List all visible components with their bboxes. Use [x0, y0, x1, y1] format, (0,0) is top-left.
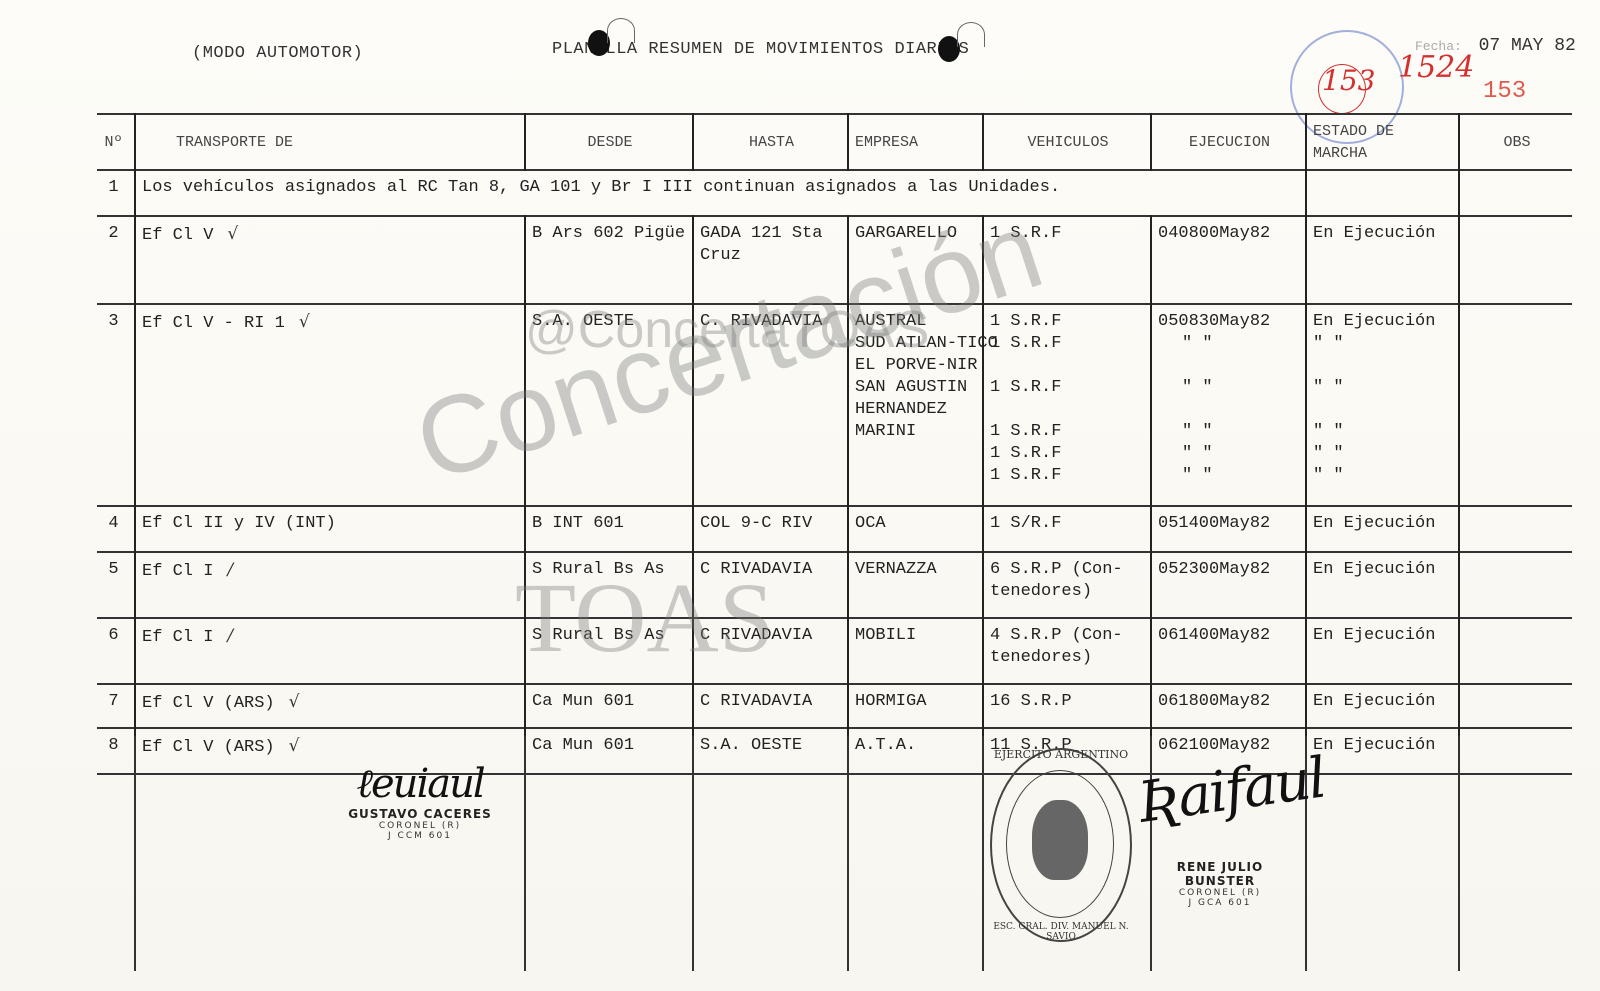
seal-top-text: EJERCITO ARGENTINO — [992, 748, 1130, 761]
handwritten-signature: Ʀaifaul — [1134, 749, 1306, 870]
signatory-rank: CORONEL (R) — [1140, 888, 1300, 898]
table-header-row: Nº TRANSPORTE DE DESDE HASTA EMPRESA VEH… — [97, 114, 1572, 170]
header-desde: DESDE — [525, 114, 693, 170]
table-row: 4 Ef Cl II y IV (INT) B INT 601 COL 9-C … — [97, 506, 1572, 552]
ejecucion-cell: 052300May82 — [1151, 552, 1306, 618]
check-mark-icon: / — [227, 626, 233, 646]
vehiculos-cell: 1 S/R.F — [983, 506, 1151, 552]
ejecucion-cell: 061800May82 — [1151, 684, 1306, 728]
desde-cell: S.A. OESTE — [525, 304, 693, 506]
desde-cell: B Ars 602 Pigüe — [525, 216, 693, 304]
check-mark-icon: √ — [299, 312, 310, 332]
signatory-unit: J GCA 601 — [1140, 898, 1300, 908]
vehiculos-cell: 16 S.R.P — [983, 684, 1151, 728]
obs-cell — [1459, 552, 1572, 618]
estado-cell: En Ejecución — [1306, 216, 1459, 304]
row-num: 6 — [97, 618, 135, 684]
row-num: 4 — [97, 506, 135, 552]
obs-cell — [1459, 684, 1572, 728]
header-transporte: TRANSPORTE DE — [135, 114, 525, 170]
stamped-number: 153 — [1483, 78, 1526, 105]
handwritten-number: 1524 — [1398, 50, 1474, 85]
header-ejecucion: EJECUCION — [1151, 114, 1306, 170]
desde-cell: S Rural Bs As — [525, 552, 693, 618]
obs-cell — [1459, 170, 1572, 216]
header-vehiculos: VEHICULOS — [983, 114, 1151, 170]
hasta-cell: C. RIVADAVIA — [693, 304, 848, 506]
desde-cell: Ca Mun 601 — [525, 728, 693, 774]
signature-block: ℓeuiaul GUSTAVO CACERES CORONEL (R) J CC… — [330, 760, 510, 980]
header-empresa: EMPRESA — [848, 114, 983, 170]
table-row: 8 Ef Cl V (ARS)√ Ca Mun 601 S.A. OESTE A… — [97, 728, 1572, 774]
table-row: 6 Ef Cl I/ S Rural Bs As C RIVADAVIA MOB… — [97, 618, 1572, 684]
vehiculos-cell: 4 S.R.P (Con-tenedores) — [983, 618, 1151, 684]
estado-cell: En Ejecución — [1306, 684, 1459, 728]
transporte-cell: Ef Cl V - RI 1√ — [135, 304, 525, 506]
column-rule — [692, 736, 694, 971]
mode-label: (MODO AUTOMOTOR) — [192, 44, 363, 63]
empresa-cell: MOBILI — [848, 618, 983, 684]
table-row: 7 Ef Cl V (ARS)√ Ca Mun 601 C RIVADAVIA … — [97, 684, 1572, 728]
column-rule — [524, 736, 526, 971]
table-row: 3 Ef Cl V - RI 1√ S.A. OESTE C. RIVADAVI… — [97, 304, 1572, 506]
empresa-cell: HORMIGA — [848, 684, 983, 728]
vehiculos-cell: 1 S.R.F 1 S.R.F 1 S.R.F 1 S.R.F 1 S.R.F … — [983, 304, 1151, 506]
empresa-cell: OCA — [848, 506, 983, 552]
table-row: 5 Ef Cl I/ S Rural Bs As C RIVADAVIA VER… — [97, 552, 1572, 618]
signatory-unit: J CCM 601 — [330, 831, 510, 841]
ejecucion-cell: 061400May82 — [1151, 618, 1306, 684]
vehiculos-cell: 1 S.R.F — [983, 216, 1151, 304]
ejecucion-cell: 050830May82 " " " " " " " " " " — [1151, 304, 1306, 506]
column-rule — [1458, 736, 1460, 971]
handwritten-number: 153 — [1322, 64, 1375, 97]
estado-cell: En Ejecución — [1306, 506, 1459, 552]
obs-cell — [1459, 506, 1572, 552]
punch-hole-ring — [957, 22, 985, 47]
obs-cell — [1459, 728, 1572, 774]
check-mark-icon: / — [227, 560, 233, 580]
header-hasta: HASTA — [693, 114, 848, 170]
hasta-cell: C RIVADAVIA — [693, 552, 848, 618]
hasta-cell: COL 9-C RIV — [693, 506, 848, 552]
row-num: 5 — [97, 552, 135, 618]
check-mark-icon: √ — [289, 736, 300, 756]
desde-cell: Ca Mun 601 — [525, 684, 693, 728]
check-mark-icon: √ — [289, 692, 300, 712]
estado-cell: En Ejecución — [1306, 728, 1459, 774]
transporte-cell: Ef Cl I/ — [135, 618, 525, 684]
table-row: 1 Los vehículos asignados al RC Tan 8, G… — [97, 170, 1572, 216]
empresa-cell: VERNAZZA — [848, 552, 983, 618]
empresa-cell: AUSTRAL SUD ATLAN-TICO EL PORVE-NIR SAN … — [848, 304, 983, 506]
header-num: Nº — [97, 114, 135, 170]
obs-cell — [1459, 304, 1572, 506]
official-seal: EJERCITO ARGENTINO ESC. GRAL. DIV. MANUE… — [990, 748, 1132, 942]
transporte-cell: Ef Cl V (ARS)√ — [135, 684, 525, 728]
punch-hole-ring — [607, 18, 635, 43]
ejecucion-cell: 051400May82 — [1151, 506, 1306, 552]
obs-cell — [1459, 618, 1572, 684]
estado-cell: En Ejecución — [1306, 618, 1459, 684]
column-rule — [134, 736, 136, 971]
date-value: 07 MAY 82 — [1479, 36, 1576, 56]
check-mark-icon: √ — [227, 224, 238, 244]
movements-table: Nº TRANSPORTE DE DESDE HASTA EMPRESA VEH… — [97, 113, 1572, 775]
desde-cell: S Rural Bs As — [525, 618, 693, 684]
column-rule — [847, 736, 849, 971]
table-row: 2 Ef Cl V√ B Ars 602 Pigüe GADA 121 Sta … — [97, 216, 1572, 304]
hasta-cell: S.A. OESTE — [693, 728, 848, 774]
estado-cell: En Ejecución — [1306, 552, 1459, 618]
signatory-rank: CORONEL (R) — [330, 821, 510, 831]
ejecucion-cell: 040800May82 — [1151, 216, 1306, 304]
coat-of-arms-icon — [1032, 800, 1088, 880]
seal-bottom-text: ESC. GRAL. DIV. MANUEL N. SAVIO — [992, 922, 1130, 942]
handwritten-signature: ℓeuiaul — [330, 760, 510, 807]
hasta-cell: C RIVADAVIA — [693, 684, 848, 728]
hasta-cell: C RIVADAVIA — [693, 618, 848, 684]
header-estado: ESTADO DE MARCHA — [1306, 114, 1459, 170]
document-page: (MODO AUTOMOTOR) PLANILLA RESUMEN DE MOV… — [0, 0, 1600, 991]
header-obs: OBS — [1459, 114, 1572, 170]
estado-cell — [1306, 170, 1459, 216]
note-text: Los vehículos asignados al RC Tan 8, GA … — [135, 170, 1306, 216]
transporte-cell: Ef Cl V√ — [135, 216, 525, 304]
column-rule — [982, 736, 984, 971]
transporte-cell: Ef Cl I/ — [135, 552, 525, 618]
vehiculos-cell: 6 S.R.P (Con-tenedores) — [983, 552, 1151, 618]
transporte-cell: Ef Cl II y IV (INT) — [135, 506, 525, 552]
empresa-cell: A.T.A. — [848, 728, 983, 774]
desde-cell: B INT 601 — [525, 506, 693, 552]
signatory-name: GUSTAVO CACERES — [330, 807, 510, 821]
signature-block: Ʀaifaul RENE JULIO BUNSTER CORONEL (R) J… — [1140, 760, 1300, 980]
row-num: 1 — [97, 170, 135, 216]
empresa-cell: GARGARELLO — [848, 216, 983, 304]
hasta-cell: GADA 121 Sta Cruz — [693, 216, 848, 304]
obs-cell — [1459, 216, 1572, 304]
row-num: 2 — [97, 216, 135, 304]
estado-cell: En Ejecución " " " " " " " " " " — [1306, 304, 1459, 506]
row-num: 7 — [97, 684, 135, 728]
row-num: 3 — [97, 304, 135, 506]
row-num: 8 — [97, 728, 135, 774]
